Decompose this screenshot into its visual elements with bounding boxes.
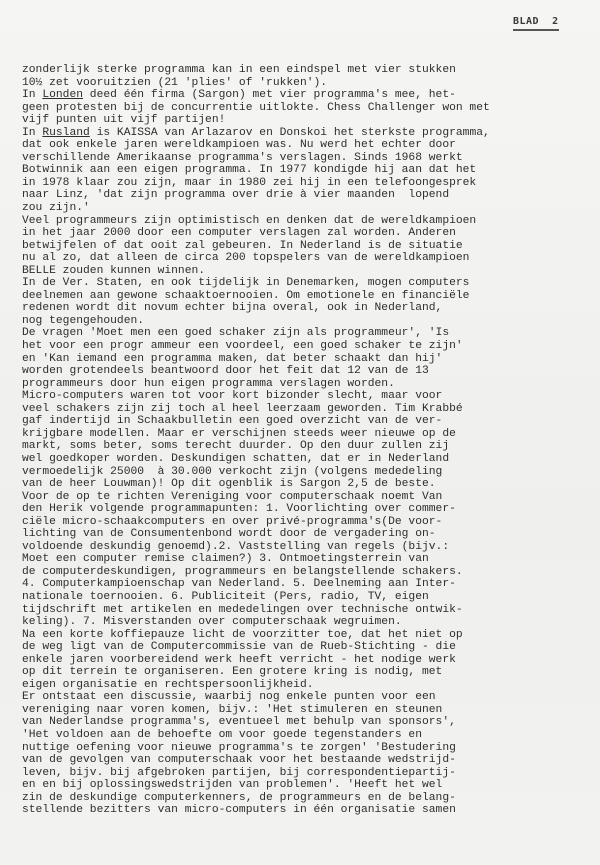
text-line: op dit terrein te organiseren. Een grote… — [22, 666, 600, 679]
text-line: verschillende Amerikaanse programma's ve… — [22, 152, 600, 165]
text-line: betwijfelen of dat ooit zal gebeuren. In… — [22, 240, 600, 253]
text-line: 'Het voldoen aan de behoefte om voor goe… — [22, 729, 600, 742]
text-line: Veel programmeurs zijn optimistisch en d… — [22, 215, 600, 228]
text-line: in het jaar 2000 door een computer versl… — [22, 227, 600, 240]
text-line: in 1978 klaar zou zijn, maar in 1980 zei… — [22, 177, 600, 190]
text-line: Er ontstaat een discussie, waarbij nog e… — [22, 691, 600, 704]
text-line: voldoende deskundig genoemd).2. Vaststel… — [22, 541, 600, 554]
text-line: ciële micro-schaakcomputers en over priv… — [22, 516, 600, 529]
text-line: In de Ver. Staten, en ook tijdelijk in D… — [22, 277, 600, 290]
text-line: Voor de op te richten Vereniging voor co… — [22, 491, 600, 504]
text-line: gaf indertijd in Schaakbulletin een goed… — [22, 415, 600, 428]
text-line: enkele jaren voorbereidend werk heeft ve… — [22, 654, 600, 667]
text-line: keling). 7. Misverstanden over computers… — [22, 616, 600, 629]
text-line: van de heer Louwman)! Op dit ogenblik is… — [22, 478, 600, 491]
underlined-country: Rusland — [42, 127, 89, 139]
text-line: het voor een progr ammeur een voordeel, … — [22, 340, 600, 353]
text-line: BELLE zouden kunnen winnen. — [22, 265, 600, 278]
text-line: de weg ligt van de Computercommissie van… — [22, 641, 600, 654]
document-body-text: zonderlijk sterke programma kan in een e… — [22, 64, 600, 817]
text-line: den Herik volgende programmapunten: 1. V… — [22, 503, 600, 516]
text-line: 10½ zet vooruitzien (21 'plies' of 'rukk… — [22, 77, 600, 90]
text-line: zonderlijk sterke programma kan in een e… — [22, 64, 600, 77]
text-line: nu al zo, dat alleen de circa 200 topspe… — [22, 252, 600, 265]
text-line: 4. Computerkampioenschap van Nederland. … — [22, 578, 600, 591]
text-line: nuttige oefening voor nieuwe programma's… — [22, 742, 600, 755]
text-line: redenen wordt dit novum echter bijna ove… — [22, 302, 600, 315]
text-line: markt, soms beter, soms terecht duurder.… — [22, 440, 600, 453]
text-line: deelnemen aan gewone schaaktoernooien. O… — [22, 290, 600, 303]
text-line: In Rusland is KAISSA van Arlazarov en Do… — [22, 127, 600, 140]
text-line: geen protesten bij de concurrentie uitlo… — [22, 102, 600, 115]
text-line: zou zijn.' — [22, 202, 600, 215]
text-line: Botwinnik aan een eigen programma. In 19… — [22, 164, 600, 177]
text-line: worden grotendeels beantwoord door het f… — [22, 365, 600, 378]
text-line: vijf punten uit vijf partijen! — [22, 114, 600, 127]
text-line: nationale toernooien. 6. Publiciteit (Pe… — [22, 591, 600, 604]
text-line: tijdschrift met artikelen en mededelinge… — [22, 604, 600, 617]
text-line: In Londen deed één firma (Sargon) met vi… — [22, 89, 600, 102]
text-line: veel schakers zijn zij toch al heel leer… — [22, 403, 600, 416]
text-line: en 'Kan iemand een programma maken, dat … — [22, 353, 600, 366]
text-line: naar Linz, 'dat zijn programma over drie… — [22, 189, 600, 202]
text-line: Moet een computer remise claimen?) 3. On… — [22, 553, 600, 566]
text-line: wel goedkoper worden. Deskundigen schatt… — [22, 453, 600, 466]
text-line: krijgbare modellen. Maar er verschijnen … — [22, 428, 600, 441]
text-line: Micro-computers waren tot voor kort bizo… — [22, 390, 600, 403]
text-line: nog tegengehouden. — [22, 315, 600, 328]
text-line: zin de deskundige computerkenners, de pr… — [22, 792, 600, 805]
underlined-country: Londen — [42, 89, 83, 101]
text-line: de computerdeskundigen, programmeurs en … — [22, 566, 600, 579]
text-line: dat ook enkele jaren wereldkampioen was.… — [22, 139, 600, 152]
text-line: van de gevolgen van computerschaak voor … — [22, 754, 600, 767]
text-line: vermoedelijk 25000 à 30.000 verkocht zij… — [22, 466, 600, 479]
text-line: stellende bezitters van micro-computers … — [22, 804, 600, 817]
text-line: De vragen 'Moet men een goed schaker zij… — [22, 327, 600, 340]
text-line: en en bij oplossingswedstrijden van prob… — [22, 779, 600, 792]
text-line: lichting van de Consumentenbond wordt do… — [22, 528, 600, 541]
page-number-label: BLAD 2 — [513, 16, 559, 31]
text-line: eigen organisatie en rechtspersoonlijkhe… — [22, 679, 600, 692]
text-line: programmeurs door hun eigen programma ve… — [22, 378, 600, 391]
text-line: van Nederlandse programma's, eventueel m… — [22, 716, 600, 729]
typewritten-page: BLAD 2 zonderlijk sterke programma kan i… — [0, 0, 600, 865]
text-line: vereniging naar voren komen, bijv.: 'Het… — [22, 704, 600, 717]
text-line: leven, bijv. bij afgebroken partijen, bi… — [22, 767, 600, 780]
text-line: Na een korte koffiepauze licht de voorzi… — [22, 629, 600, 642]
